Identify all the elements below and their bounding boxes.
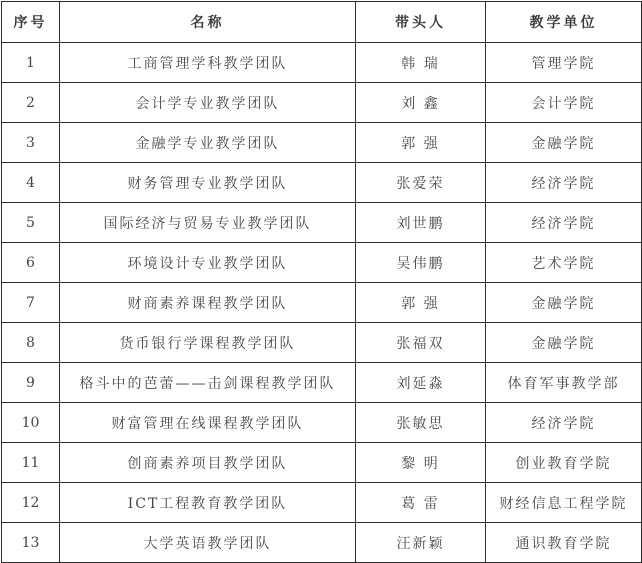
cell-index: 10 bbox=[2, 403, 60, 443]
cell-team-name: 格斗中的芭蕾——击剑课程教学团队 bbox=[60, 363, 356, 403]
cell-team-name: 货币银行学课程教学团队 bbox=[60, 323, 356, 363]
cell-leader: 郭 强 bbox=[356, 283, 486, 323]
cell-index: 9 bbox=[2, 363, 60, 403]
cell-team-name: 财富管理在线课程教学团队 bbox=[60, 403, 356, 443]
cell-team-name: 金融学专业教学团队 bbox=[60, 123, 356, 163]
cell-index: 2 bbox=[2, 83, 60, 123]
cell-team-name: 财务管理专业教学团队 bbox=[60, 163, 356, 203]
cell-unit: 管理学院 bbox=[486, 43, 642, 83]
cell-leader: 刘 鑫 bbox=[356, 83, 486, 123]
cell-leader: 葛 雷 bbox=[356, 483, 486, 523]
cell-leader: 黎 明 bbox=[356, 443, 486, 483]
teaching-teams-table: 序号 名称 带头人 教学单位 1工商管理学科教学团队韩 瑞管理学院2会计学专业教… bbox=[1, 1, 642, 563]
cell-unit: 经济学院 bbox=[486, 403, 642, 443]
cell-team-name: 环境设计专业教学团队 bbox=[60, 243, 356, 283]
cell-team-name: 创商素养项目教学团队 bbox=[60, 443, 356, 483]
table-row: 12ICT工程教育教学团队葛 雷财经信息工程学院 bbox=[2, 483, 642, 523]
cell-leader: 韩 瑞 bbox=[356, 43, 486, 83]
cell-unit: 创业教育学院 bbox=[486, 443, 642, 483]
cell-unit: 体育军事教学部 bbox=[486, 363, 642, 403]
cell-unit: 艺术学院 bbox=[486, 243, 642, 283]
cell-leader: 刘延淼 bbox=[356, 363, 486, 403]
cell-leader: 刘世鹏 bbox=[356, 203, 486, 243]
cell-index: 12 bbox=[2, 483, 60, 523]
table-row: 13大学英语教学团队汪新颖通识教育学院 bbox=[2, 523, 642, 563]
table-row: 5国际经济与贸易专业教学团队刘世鹏经济学院 bbox=[2, 203, 642, 243]
cell-index: 13 bbox=[2, 523, 60, 563]
table-row: 3金融学专业教学团队郭 强金融学院 bbox=[2, 123, 642, 163]
cell-team-name: 国际经济与贸易专业教学团队 bbox=[60, 203, 356, 243]
cell-unit: 金融学院 bbox=[486, 323, 642, 363]
table-row: 11创商素养项目教学团队黎 明创业教育学院 bbox=[2, 443, 642, 483]
cell-index: 5 bbox=[2, 203, 60, 243]
table-row: 2会计学专业教学团队刘 鑫会计学院 bbox=[2, 83, 642, 123]
cell-team-name: 财商素养课程教学团队 bbox=[60, 283, 356, 323]
cell-team-name: 工商管理学科教学团队 bbox=[60, 43, 356, 83]
cell-unit: 通识教育学院 bbox=[486, 523, 642, 563]
cell-index: 6 bbox=[2, 243, 60, 283]
cell-unit: 金融学院 bbox=[486, 283, 642, 323]
cell-unit: 经济学院 bbox=[486, 203, 642, 243]
cell-index: 3 bbox=[2, 123, 60, 163]
col-header-name: 名称 bbox=[60, 2, 356, 43]
table-row: 8货币银行学课程教学团队张福双金融学院 bbox=[2, 323, 642, 363]
cell-index: 8 bbox=[2, 323, 60, 363]
cell-team-name: ICT工程教育教学团队 bbox=[60, 483, 356, 523]
table-row: 6环境设计专业教学团队吴伟鹏艺术学院 bbox=[2, 243, 642, 283]
cell-index: 7 bbox=[2, 283, 60, 323]
document-page: 序号 名称 带头人 教学单位 1工商管理学科教学团队韩 瑞管理学院2会计学专业教… bbox=[0, 0, 642, 551]
table-header-row: 序号 名称 带头人 教学单位 bbox=[2, 2, 642, 43]
cell-unit: 经济学院 bbox=[486, 163, 642, 203]
cell-leader: 汪新颖 bbox=[356, 523, 486, 563]
table-row: 9格斗中的芭蕾——击剑课程教学团队刘延淼体育军事教学部 bbox=[2, 363, 642, 403]
table-row: 10财富管理在线课程教学团队张敏思经济学院 bbox=[2, 403, 642, 443]
table-body: 1工商管理学科教学团队韩 瑞管理学院2会计学专业教学团队刘 鑫会计学院3金融学专… bbox=[2, 43, 642, 563]
cell-index: 1 bbox=[2, 43, 60, 83]
col-header-leader: 带头人 bbox=[356, 2, 486, 43]
table-row: 1工商管理学科教学团队韩 瑞管理学院 bbox=[2, 43, 642, 83]
cell-index: 11 bbox=[2, 443, 60, 483]
cell-leader: 吴伟鹏 bbox=[356, 243, 486, 283]
col-header-index: 序号 bbox=[2, 2, 60, 43]
cell-index: 4 bbox=[2, 163, 60, 203]
table-row: 4财务管理专业教学团队张爱荣经济学院 bbox=[2, 163, 642, 203]
cell-leader: 张爱荣 bbox=[356, 163, 486, 203]
cell-team-name: 大学英语教学团队 bbox=[60, 523, 356, 563]
cell-team-name: 会计学专业教学团队 bbox=[60, 83, 356, 123]
table-row: 7财商素养课程教学团队郭 强金融学院 bbox=[2, 283, 642, 323]
cell-leader: 郭 强 bbox=[356, 123, 486, 163]
cell-unit: 会计学院 bbox=[486, 83, 642, 123]
cell-unit: 财经信息工程学院 bbox=[486, 483, 642, 523]
cell-leader: 张福双 bbox=[356, 323, 486, 363]
col-header-unit: 教学单位 bbox=[486, 2, 642, 43]
cell-unit: 金融学院 bbox=[486, 123, 642, 163]
cell-leader: 张敏思 bbox=[356, 403, 486, 443]
